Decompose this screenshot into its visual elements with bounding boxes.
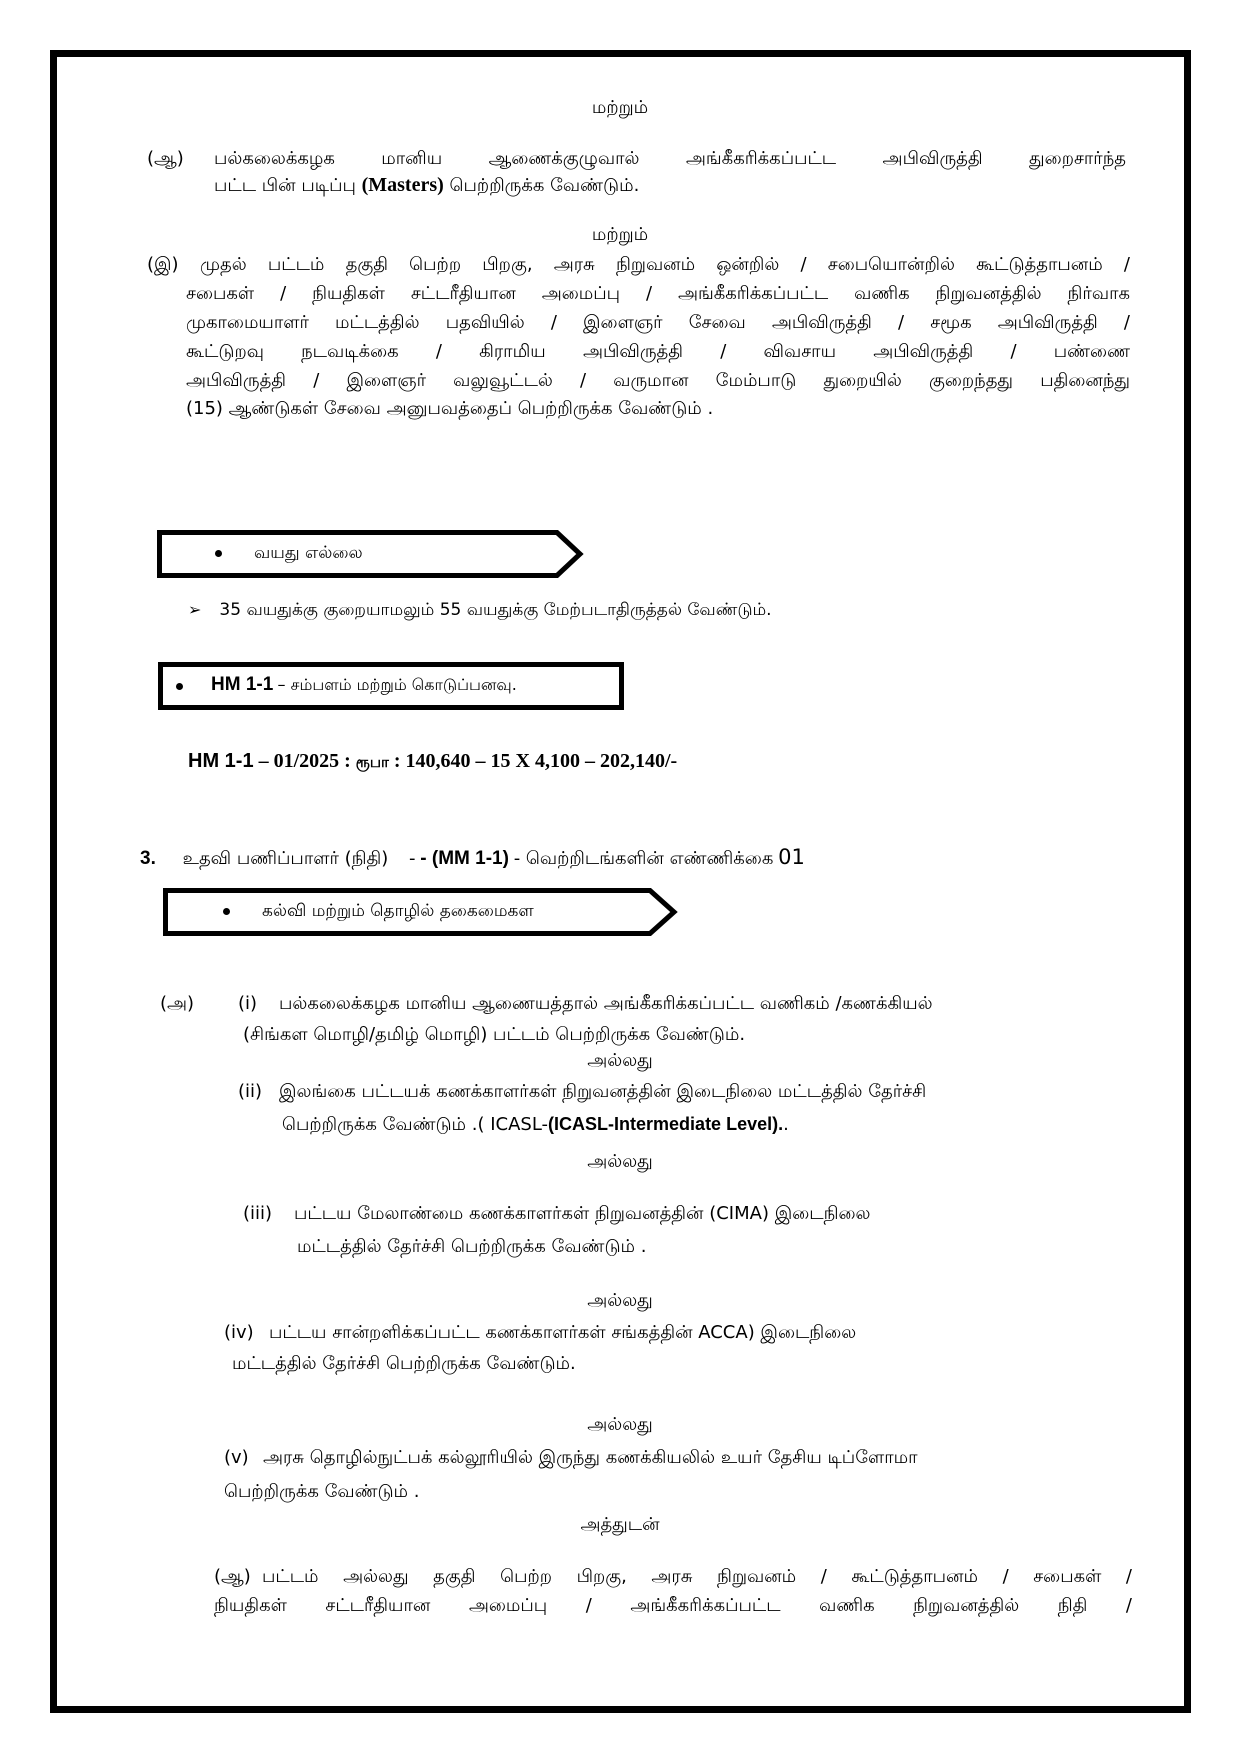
option-v-marker: (v) [224,1447,249,1468]
item-i-line: அபிவிருத்தி / இளைஞர் வலுவூட்டல் / வருமான… [186,370,1130,393]
item-aa-marker: (ஆ) [147,148,184,171]
option-ii-line2-text: பெற்றிருக்க வேண்டும் .( ICASL- [282,1114,548,1135]
or-label: அல்லது [0,1050,1240,1073]
icasl-level-label: (ICASL-Intermediate Level). [548,1114,783,1134]
option-i-line: பல்கலைக்கழக மானிய ஆணையத்தால் அங்கீகரிக்க… [279,993,933,1016]
item-aa2-line: பட்டம் அல்லது தகுதி பெற்ற பிறகு, அரசு நி… [262,1566,1132,1589]
masters-label: (Masters) [362,174,444,196]
age-limit-heading-text: வயது எல்லை [254,543,363,563]
option-iii-marker: (iii) [243,1203,272,1224]
option-v-line: பெற்றிருக்க வேண்டும் . [224,1481,419,1504]
option-iv-line: மட்டத்தில் தேர்ச்சி பெற்றிருக்க வேண்டும்… [232,1353,576,1376]
currency-label: ரூபா [356,753,389,771]
salary-heading-box: HM 1-1 – சம்பளம் மற்றும் கொடுப்பனவு. [158,662,624,710]
option-ii-line: இலங்கை பட்டயக் கணக்காளர்கள் நிறுவனத்தின்… [279,1081,926,1104]
bullet-icon [223,908,230,915]
item-aa-line2-text: பட்ட பின் படிப்பு [214,175,356,196]
arrowhead-bullet-icon: ➢ [188,600,201,619]
item-i-line: (15) ஆண்டுகள் சேவை அனுபவத்தைப் பெற்றிருக… [186,398,713,421]
qualifications-heading-text: கல்வி மற்றும் தொழில் தகைமைகள [262,901,534,921]
option-i-marker: (i) [238,993,257,1014]
item-a-marker: (அ) [160,993,194,1016]
position-code: - (MM 1-1) [420,848,509,869]
item-aa-line1: பல்கலைக்கழக மானிய ஆணைக்குழுவால் அங்கீகரி… [214,148,1126,171]
option-ii-marker: (ii) [238,1081,262,1102]
position-3-heading: 3. உதவி பணிப்பாளர் (நிதி) - - (MM 1-1) -… [140,845,805,871]
age-limit-heading-box: வயது எல்லை [157,530,583,578]
connector-and-2: மற்றும் [0,224,1240,247]
option-ii-line2: பெற்றிருக்க வேண்டும் .( ICASL-(ICASL-Int… [282,1114,789,1137]
option-i-line: (சிங்கள மொழி/தமிழ் மொழி) பட்டம் பெற்றிரு… [243,1024,745,1047]
age-limit-point: ➢35 வயதுக்கு குறையாமலும் 55 வயதுக்கு மேற… [188,600,772,622]
salary-scale: HM 1-1 – 01/2025 : ரூபா : 140,640 – 15 X… [188,750,677,773]
connector-and-1: மற்றும் [0,97,1240,120]
age-limit-text: 35 வயதுக்கு குறையாமலும் 55 வயதுக்கு மேற்… [219,600,771,620]
salary-heading-text: – சம்பளம் மற்றும் கொடுப்பனவு. [278,675,517,694]
qualifications-heading: கல்வி மற்றும் தொழில் தகைமைகள [223,901,534,923]
option-iv-line: பட்டய சான்றளிக்கப்பட்ட கணக்காளர்கள் சங்க… [269,1322,856,1345]
item-i-line: முகாமையாளர் மட்டத்தில் பதவியில் / இளைஞர்… [186,312,1130,335]
position-dash: - [409,848,416,869]
and-label: அத்துடன் [0,1514,1240,1537]
vacancies-label: - வெற்றிடங்களின் எண்ணிக்கை [514,848,774,869]
salary-scale-value: : 140,640 – 15 X 4,100 – 202,140/- [394,750,677,772]
option-iii-line: மட்டத்தில் தேர்ச்சி பெற்றிருக்க வேண்டும்… [297,1236,646,1259]
option-ii-line2-end: . [783,1114,789,1135]
item-aa2-marker: (ஆ) [214,1566,251,1589]
qualifications-heading-box: கல்வி மற்றும் தொழில் தகைமைகள [163,888,677,936]
item-i-marker: (இ) [147,254,179,277]
position-number: 3. [140,848,156,869]
item-i-line: சபைகள் / நியதிகள் சட்டரீதியான அமைப்பு / … [186,283,1130,306]
salary-heading-code: HM 1-1 [211,674,273,695]
bullet-icon [176,683,183,690]
or-label: அல்லது [0,1151,1240,1174]
salary-scale-ref: – 01/2025 : [259,750,351,772]
item-i-line: கூட்டுறவு நடவடிக்கை / கிராமிய அபிவிருத்த… [186,341,1130,364]
item-aa2-line: நியதிகள் சட்டரீதியான அமைப்பு / அங்கீகரிக… [214,1595,1132,1618]
salary-heading: HM 1-1 – சம்பளம் மற்றும் கொடுப்பனவு. [176,674,517,696]
item-aa-line2-end: பெற்றிருக்க வேண்டும். [450,175,640,196]
option-v-line: அரசு தொழில்நுட்பக் கல்லூரியில் இருந்து க… [263,1447,918,1470]
position-title: உதவி பணிப்பாளர் (நிதி) [183,848,389,869]
or-label: அல்லது [0,1414,1240,1437]
item-aa-line2: பட்ட பின் படிப்பு (Masters) பெற்றிருக்க … [214,174,639,198]
salary-scale-code: HM 1-1 [188,750,254,772]
option-iii-line: பட்டய மேலாண்மை கணக்காளர்கள் நிறுவனத்தின்… [294,1203,870,1226]
bullet-icon [215,550,222,557]
age-limit-heading: வயது எல்லை [215,543,363,565]
option-iv-marker: (iv) [224,1322,254,1343]
vacancies-count: 01 [778,845,805,869]
or-label: அல்லது [0,1290,1240,1313]
item-i-line: முதல் பட்டம் தகுதி பெற்ற பிறகு, அரசு நிற… [200,254,1130,277]
